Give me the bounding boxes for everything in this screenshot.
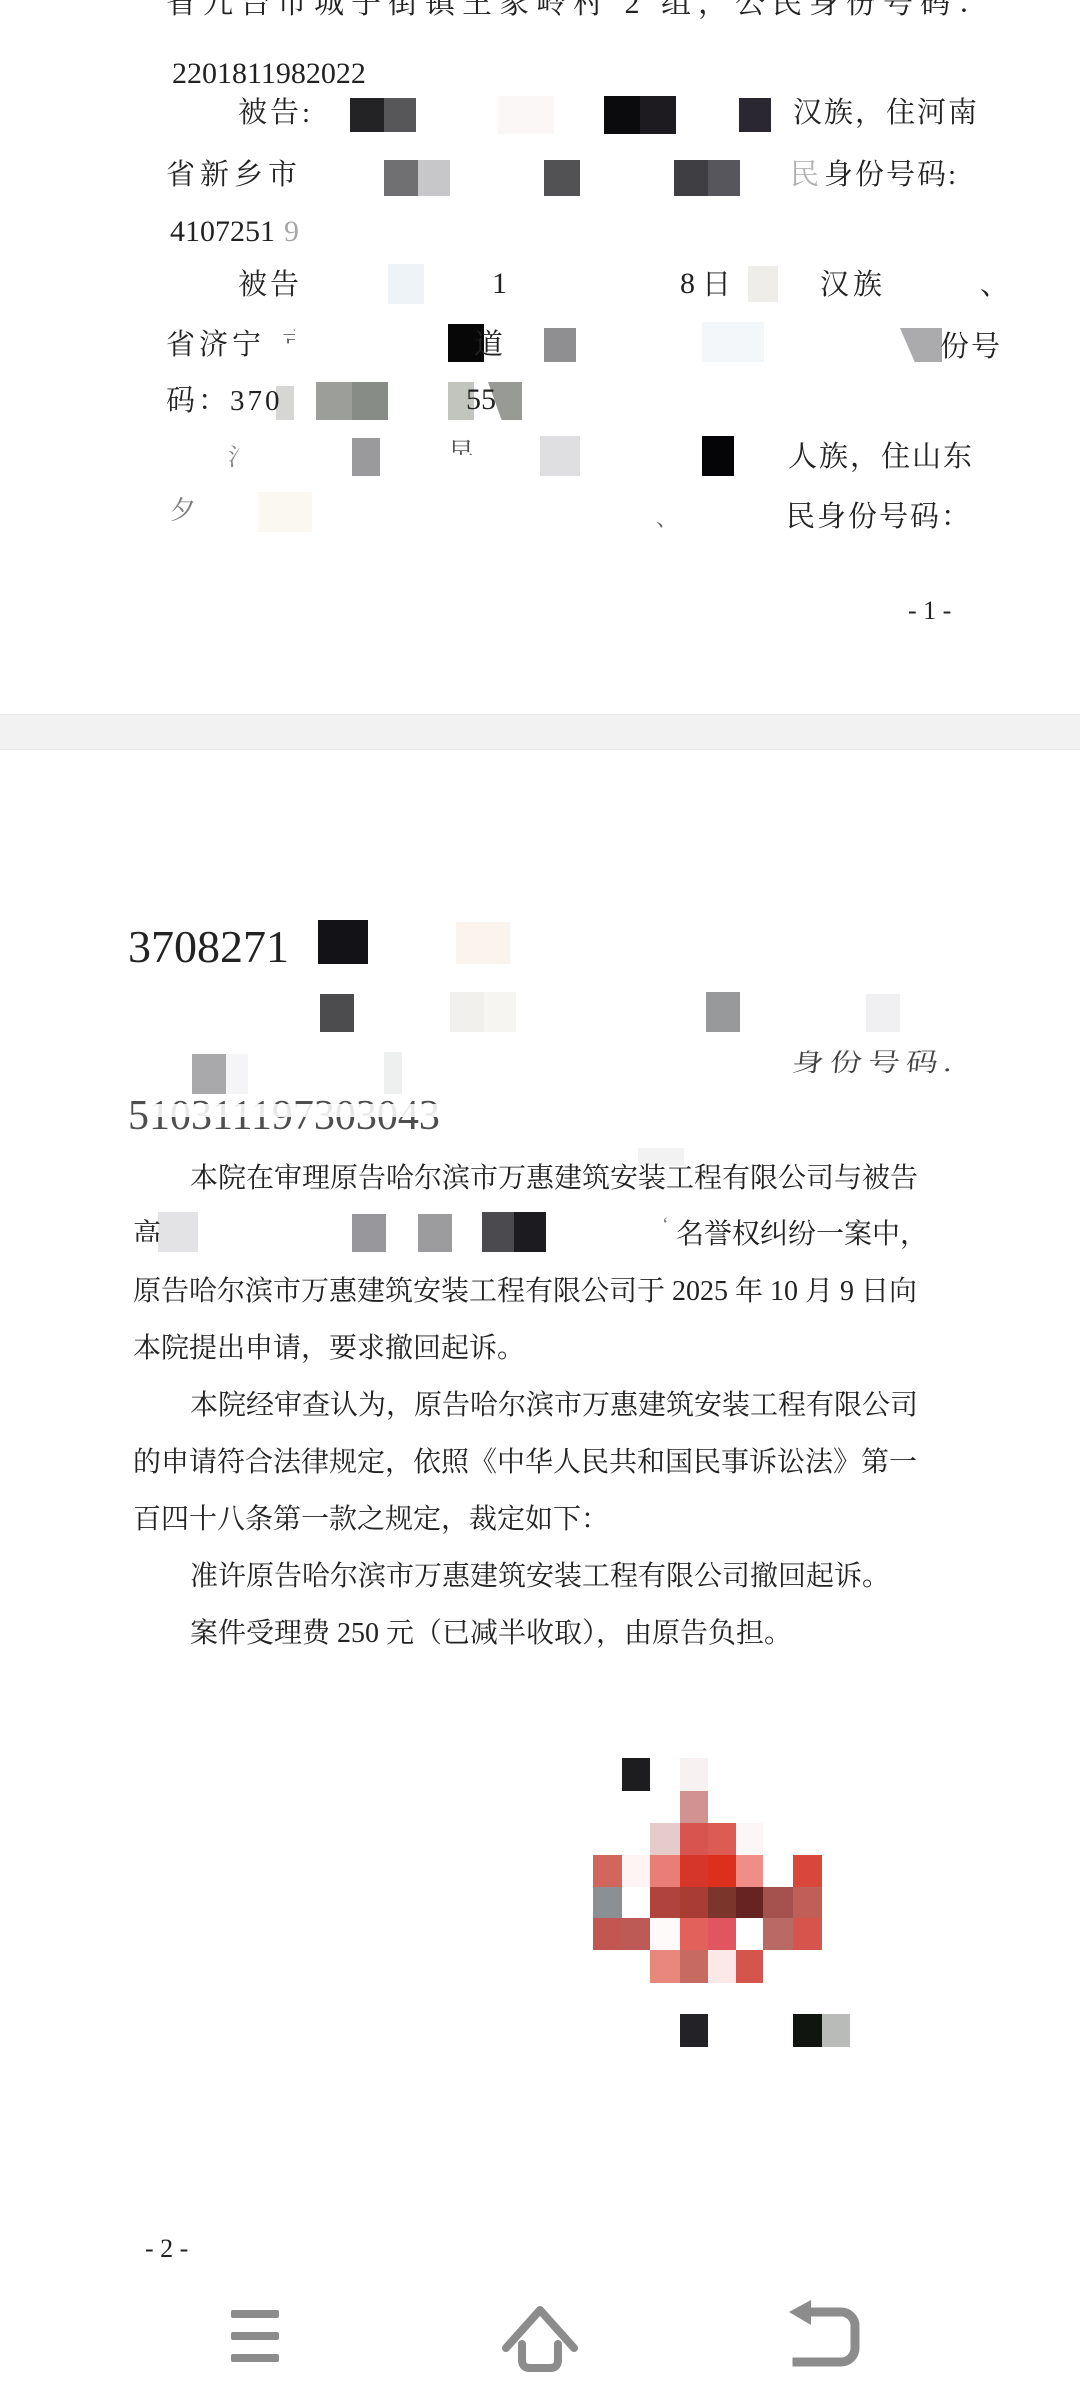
- seal-mosaic-cell: [680, 1758, 708, 1791]
- seal-mosaic-cell: [708, 1855, 736, 1887]
- redaction-block: [544, 160, 580, 196]
- p1-tiny-comma: 、: [656, 506, 678, 532]
- nav-home-button[interactable]: [465, 2280, 615, 2390]
- p2-para2-line3: 百四十八条第一款之规定，裁定如下：: [133, 1503, 609, 1536]
- seal-mosaic-cell: [736, 1823, 763, 1855]
- redaction-block: [320, 994, 354, 1032]
- redaction-block: [418, 1214, 452, 1252]
- seal-mosaic-cell: [622, 1855, 650, 1887]
- redaction-block: [352, 382, 388, 420]
- redaction-block: [702, 322, 764, 362]
- home-icon: [498, 2296, 582, 2374]
- redaction-block: [482, 1212, 514, 1252]
- android-nav-bar: [0, 2270, 1080, 2400]
- redaction-block: [706, 992, 740, 1032]
- document-scroll-area[interactable]: 省九台市城子街镇王家岭村 2 组，公民身份号码：2201811982022被告:…: [0, 0, 1080, 2400]
- seal-mosaic-cell: [793, 1855, 822, 1887]
- seal-mosaic-cell: [708, 1823, 736, 1855]
- redaction-block: [352, 438, 380, 476]
- seal-mosaic-cell: [622, 1918, 650, 1950]
- p1-char-day: 日: [702, 268, 731, 302]
- nav-menu-button[interactable]: [180, 2280, 330, 2390]
- fade-overlay: [150, 1104, 480, 1117]
- seal-mosaic-cell: [680, 1855, 708, 1887]
- seal-mosaic-cell: [650, 1950, 680, 1983]
- p2-para2-line2: 的申请符合法律规定，依照《中华人民共和国民事诉讼法》第一: [133, 1446, 917, 1479]
- redaction-block: [640, 96, 676, 134]
- p1-id-number-1: 2201811982022: [172, 56, 366, 91]
- p2-para1-line3: 原告哈尔滨市万惠建筑安装工程有限公司于 2025 年 10 月 9 日向: [133, 1275, 917, 1308]
- redaction-block: [226, 1054, 248, 1094]
- p1-id-number-3: 码：370: [166, 384, 283, 418]
- page-gap-separator: [0, 714, 1080, 750]
- seal-mosaic-cell: [793, 1918, 822, 1950]
- seal-mosaic-cell: [650, 1887, 680, 1918]
- redaction-block: [384, 1052, 402, 1094]
- redaction-block: [316, 382, 352, 420]
- p1-city-2-partial: 市: [282, 328, 311, 362]
- redaction-block: [450, 992, 484, 1032]
- redaction-block: [674, 160, 708, 196]
- p1-line-address: 省九台市城子街镇王家岭村 2 组，公民身份号码：: [166, 0, 994, 21]
- seal-mosaic-cell: [650, 1918, 680, 1950]
- seal-mosaic-cell: [593, 1887, 622, 1918]
- seal-mosaic-cell: [793, 2014, 822, 2047]
- p2-id-number-1: 3708271: [128, 920, 289, 974]
- p1-id-label-3: 民身份号码：: [786, 500, 972, 534]
- redaction-block: [384, 98, 416, 132]
- p2-handwriting: 身份号码.: [790, 1047, 959, 1078]
- seal-mosaic-cell: [622, 1758, 650, 1791]
- p1-ethnicity-1: 汉族，住河南: [793, 96, 979, 130]
- redaction-block: [708, 160, 740, 196]
- p1-city-2: 省济宁: [166, 328, 265, 362]
- seal-mosaic-cell: [680, 1950, 708, 1983]
- p1-defendant-label-2: 被告: [238, 268, 302, 302]
- redaction-block: [540, 436, 580, 476]
- redaction-block: [456, 922, 510, 964]
- p1-id-number-2-faint: 9: [284, 214, 299, 249]
- seal-mosaic-cell: [736, 1855, 763, 1887]
- p2-para1-line4: 本院提出申请，要求撤回起诉。: [133, 1332, 525, 1365]
- seal-mosaic-cell: [650, 1823, 680, 1855]
- seal-mosaic-cell: [736, 1950, 763, 1983]
- p1-id-label-2: 份号: [940, 330, 1002, 364]
- redaction-block: [388, 264, 424, 304]
- phone-screen: 省九台市城子街镇王家岭村 2 组，公民身份号码：2201811982022被告:…: [0, 0, 1080, 2400]
- p1-digit-8: 8: [680, 266, 695, 301]
- redaction-block: [498, 96, 554, 134]
- redaction-block: [352, 1214, 386, 1252]
- p1-city-1: 省新乡市: [166, 158, 302, 192]
- seal-mosaic-cell: [593, 1918, 622, 1950]
- p1-comma: 、: [980, 268, 1009, 302]
- seal-mosaic-cell: [622, 1887, 650, 1918]
- p1-char-dao: 道: [474, 328, 503, 362]
- p1-defendant-label-1: 被告:: [238, 96, 313, 130]
- redaction-block: [318, 920, 368, 964]
- p2-para3-line1: 准许原告哈尔滨市万惠建筑安装工程有限公司撤回起诉。: [190, 1560, 890, 1593]
- redaction-block: [900, 328, 942, 362]
- page-1-marker: - 1 -: [908, 596, 951, 627]
- p1-id-label-1a: 民: [790, 158, 819, 192]
- p1-partial-glyph-1: 氵: [228, 444, 252, 472]
- redaction-block: [544, 328, 576, 362]
- redaction-block: [158, 1212, 198, 1252]
- p2-para1-line1: 本院在审理原告哈尔滨市万惠建筑安装工程有限公司与被告: [190, 1162, 918, 1195]
- seal-mosaic-cell: [680, 2014, 708, 2047]
- seal-mosaic-cell: [680, 1823, 708, 1855]
- p1-partial-glyph-2: 早: [448, 438, 474, 469]
- redaction-block: [748, 266, 778, 302]
- redaction-block: [192, 1054, 226, 1094]
- redaction-block: [866, 994, 900, 1032]
- p1-ethnicity-2: 汉族: [820, 268, 886, 302]
- p1-digit-1: 1: [492, 266, 507, 301]
- back-icon: [787, 2298, 863, 2372]
- seal-mosaic-cell: [680, 1918, 708, 1950]
- redaction-block: [258, 492, 312, 532]
- p2-para1-line2-partial: 高: [133, 1218, 161, 1251]
- redaction-block: [350, 98, 384, 132]
- seal-mosaic-cell: [763, 1918, 793, 1950]
- seal-mosaic-cell: [708, 1950, 736, 1983]
- seal-mosaic-cell: [708, 1918, 736, 1950]
- redaction-block: [739, 98, 771, 132]
- seal-mosaic-cell: [793, 1887, 822, 1918]
- seal-mosaic-cell: [763, 1887, 793, 1918]
- p1-id-number-2: 4107251: [170, 214, 275, 249]
- seal-mosaic-cell: [650, 1855, 680, 1887]
- seal-mosaic-cell: [822, 2014, 850, 2047]
- menu-icon: [223, 2298, 287, 2372]
- redaction-block: [604, 96, 640, 134]
- seal-mosaic-cell: [708, 1887, 736, 1918]
- seal-mosaic-cell: [680, 1791, 708, 1823]
- redaction-block: [514, 1212, 546, 1252]
- seal-mosaic-cell: [736, 1887, 763, 1918]
- nav-back-button[interactable]: [750, 2280, 900, 2390]
- page-2-marker: - 2 -: [145, 2234, 188, 2265]
- redaction-block: [418, 160, 450, 196]
- p2-para2-line1: 本院经审查认为，原告哈尔滨市万惠建筑安装工程有限公司: [190, 1389, 918, 1422]
- seal-mosaic-cell: [736, 1918, 763, 1950]
- p2-para1-line2: 名誉权纠纷一案中，: [676, 1218, 928, 1251]
- p1-ethnicity-3: 人族，住山东: [788, 440, 974, 474]
- seal-mosaic-cell: [680, 1887, 708, 1918]
- redaction-block: [702, 436, 734, 476]
- redaction-block: [484, 992, 516, 1032]
- p1-id-label-1b: 身份号码:: [824, 158, 958, 192]
- seal-mosaic-cell: [593, 1855, 622, 1887]
- p2-para1-line2-tick: ‘: [662, 1214, 669, 1238]
- p1-id-number-3b: 55: [466, 382, 496, 417]
- redaction-block: [384, 160, 418, 196]
- p1-partial-glyph-3: 夕: [170, 496, 196, 527]
- p2-para4-line1: 案件受理费 250 元（已减半收取），由原告负担。: [190, 1617, 792, 1650]
